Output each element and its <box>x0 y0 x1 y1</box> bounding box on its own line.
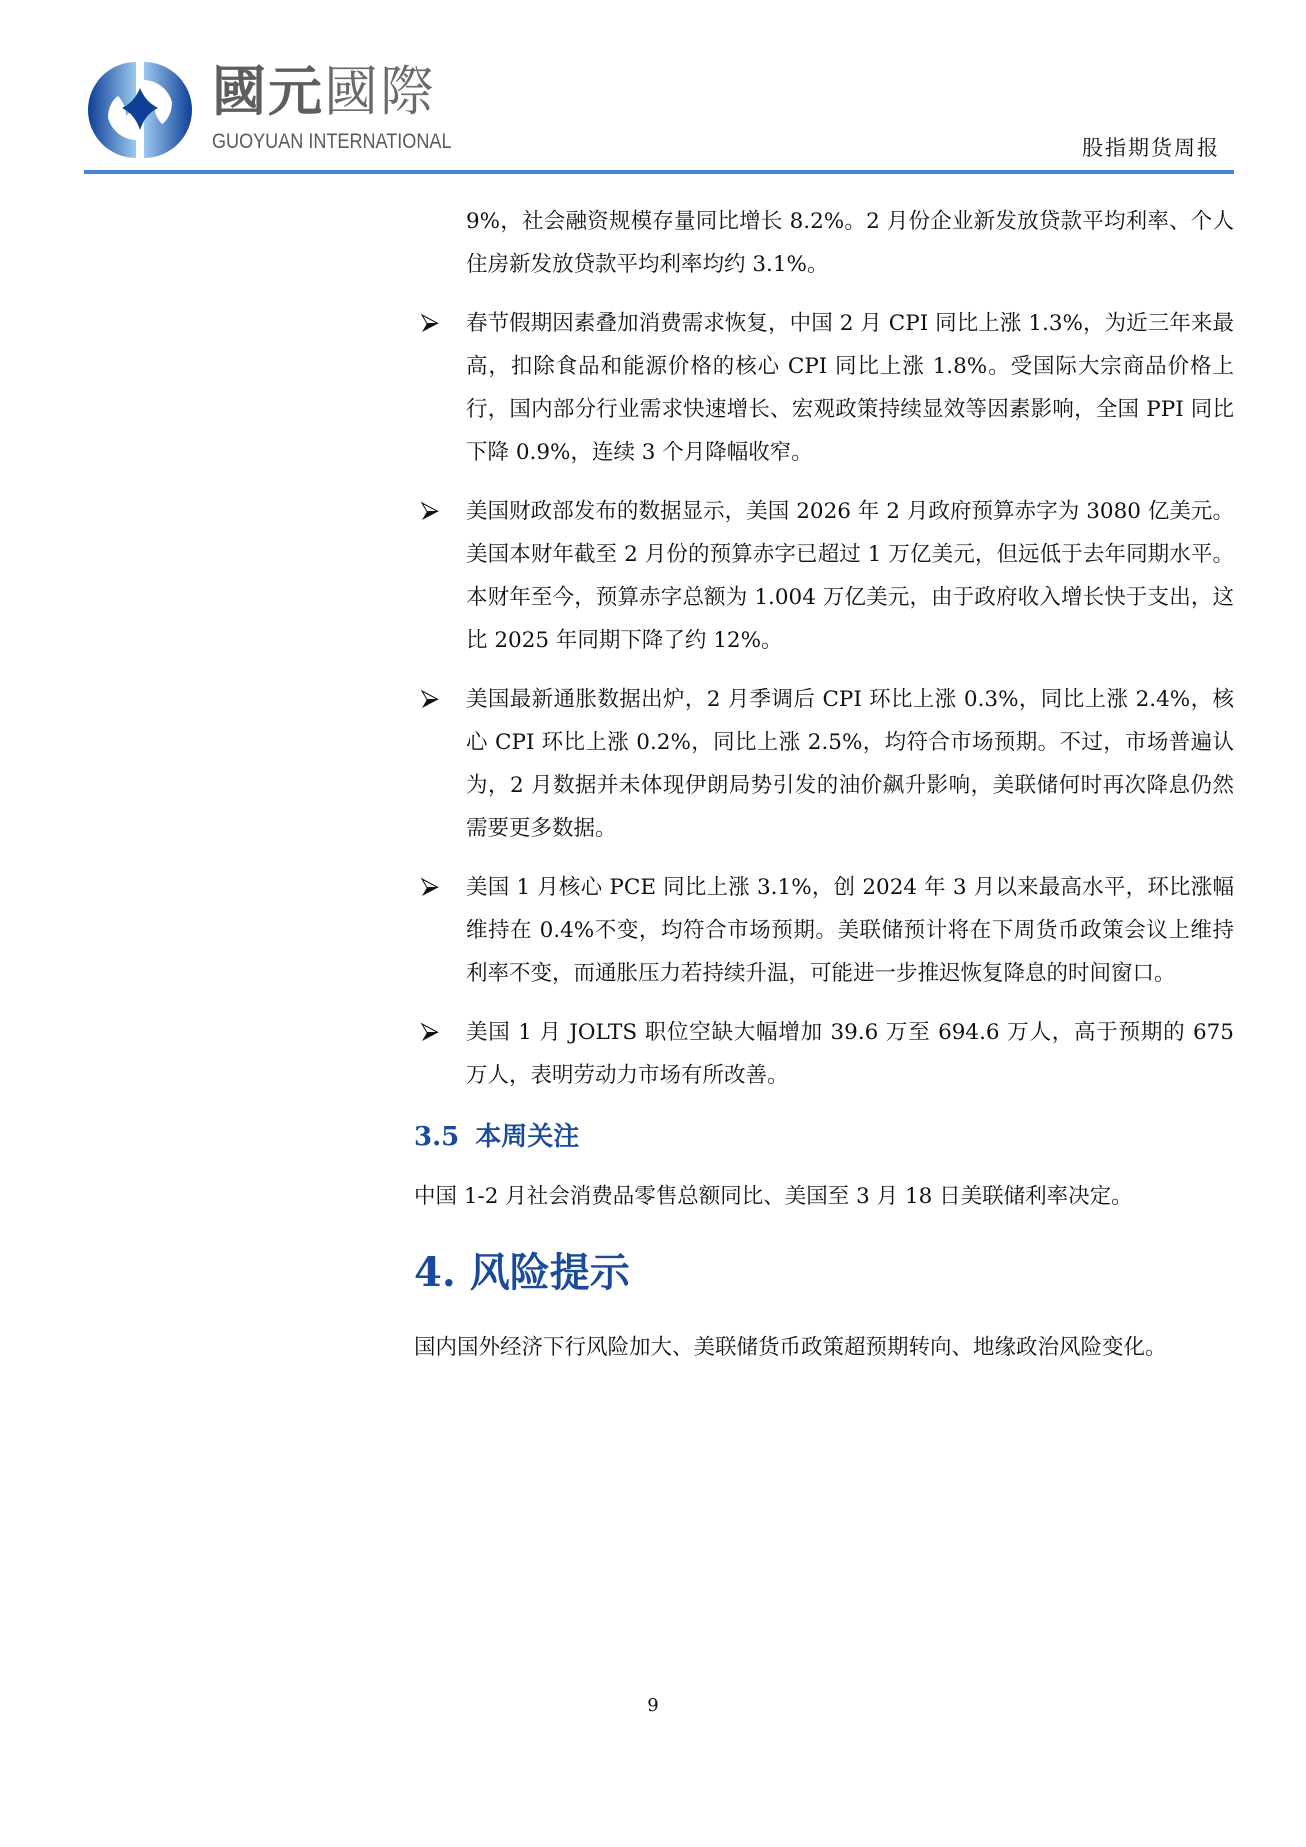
bullet-item: 美国 1 月 JOLTS 职位空缺大幅增加 39.6 万至 694.6 万人，高… <box>414 1011 1234 1097</box>
section-number: 4. <box>414 1249 456 1296</box>
bullet-text: 春节假期因素叠加消费需求恢复，中国 2 月 CPI 同比上涨 1.3%，为近三年… <box>466 311 1234 465</box>
brand-name-chinese: 國元國際 <box>212 62 436 122</box>
section-heading-4: 4.风险提示 <box>414 1248 1234 1298</box>
brand-name-chinese-bold: 國元 <box>212 60 324 123</box>
arrow-bullet-icon <box>420 866 440 909</box>
arrow-bullet-icon <box>420 302 440 345</box>
company-logo-icon <box>88 58 192 162</box>
brand-name-chinese-thin: 國際 <box>324 60 436 123</box>
section-heading-3-5: 3.5本周关注 <box>414 1119 1234 1155</box>
section-4-text: 国内国外经济下行风险加大、美联储货币政策超预期转向、地缘政治风险变化。 <box>414 1326 1234 1369</box>
bullet-text: 美国 1 月核心 PCE 同比上涨 3.1%，创 2024 年 3 月以来最高水… <box>466 875 1234 986</box>
arrow-bullet-icon <box>420 490 440 533</box>
arrow-bullet-icon <box>420 1011 440 1054</box>
section-title: 本周关注 <box>475 1122 579 1152</box>
bullet-text: 美国 1 月 JOLTS 职位空缺大幅增加 39.6 万至 694.6 万人，高… <box>466 1020 1234 1088</box>
section-title: 风险提示 <box>470 1249 630 1296</box>
page-number: 9 <box>0 1695 1306 1716</box>
header-divider <box>84 170 1234 174</box>
bullet-item: 美国最新通胀数据出炉，2 月季调后 CPI 环比上涨 0.3%，同比上涨 2.4… <box>414 678 1234 850</box>
bullet-item: 美国 1 月核心 PCE 同比上涨 3.1%，创 2024 年 3 月以来最高水… <box>414 866 1234 995</box>
bullet-item: 春节假期因素叠加消费需求恢复，中国 2 月 CPI 同比上涨 1.3%，为近三年… <box>414 302 1234 474</box>
section-number: 3.5 <box>414 1122 459 1152</box>
document-body: 9%，社会融资规模存量同比增长 8.2%。2 月份企业新发放贷款平均利率、个人住… <box>414 200 1234 1399</box>
continuation-paragraph: 9%，社会融资规模存量同比增长 8.2%。2 月份企业新发放贷款平均利率、个人住… <box>414 200 1234 286</box>
report-title: 股指期货周报 <box>1082 132 1220 162</box>
bullet-text: 美国财政部发布的数据显示，美国 2026 年 2 月政府预算赤字为 3080 亿… <box>466 499 1234 653</box>
bullet-text: 美国最新通胀数据出炉，2 月季调后 CPI 环比上涨 0.3%，同比上涨 2.4… <box>466 687 1234 841</box>
bullet-item: 美国财政部发布的数据显示，美国 2026 年 2 月政府预算赤字为 3080 亿… <box>414 490 1234 662</box>
section-3-5-text: 中国 1-2 月社会消费品零售总额同比、美国至 3 月 18 日美联储利率决定。 <box>414 1175 1234 1218</box>
brand-name-english: GUOYUAN INTERNATIONAL <box>212 130 451 154</box>
arrow-bullet-icon <box>420 678 440 721</box>
